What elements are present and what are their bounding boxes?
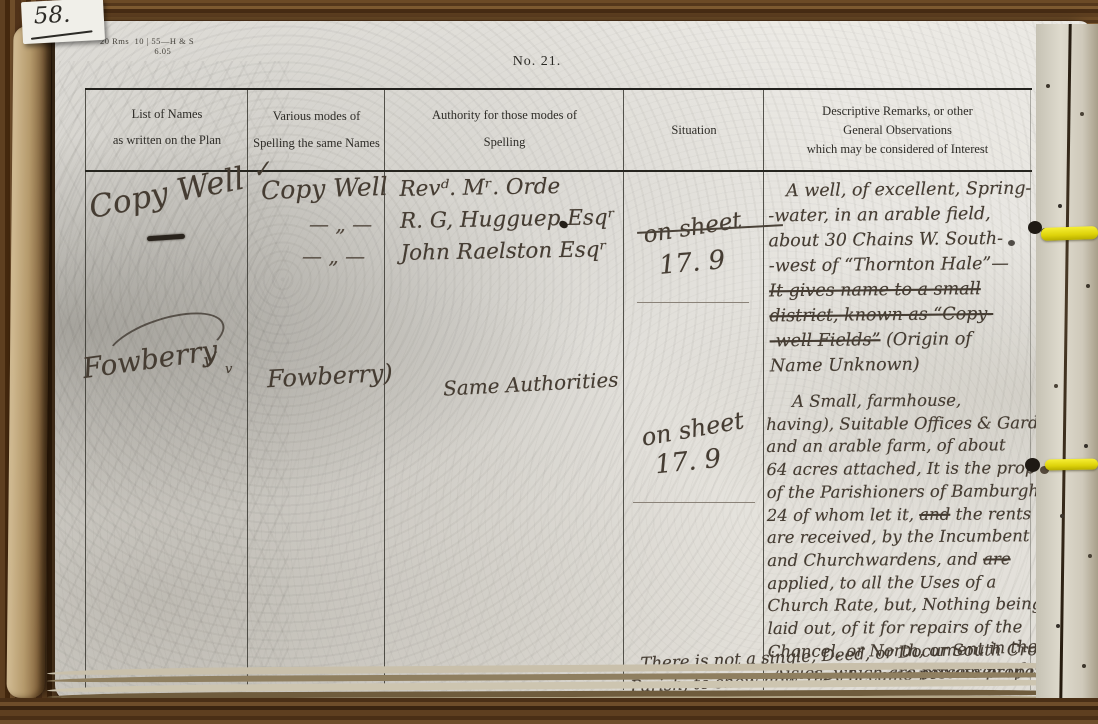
page-edge-crease <box>1059 24 1071 700</box>
ditto-mark: — „ — <box>309 212 372 236</box>
remarks-line-struck: It gives name to a small <box>769 277 1033 305</box>
spelling-copy-well: Copy Well <box>261 172 389 205</box>
remarks-line: 24 of whom let it, and the rents <box>767 502 1070 527</box>
remarks-line: applied, to all the Uses of a <box>767 571 1070 596</box>
remarks-line: and Churchwardens, and are <box>767 548 1070 573</box>
remarks-line: are received, by the Incumbent <box>767 525 1070 550</box>
binding-hole <box>1028 221 1042 234</box>
authority-entry: R. G, Hugguep Esqʳ <box>400 202 616 238</box>
binding-hole <box>1025 458 1040 472</box>
printer-imprint: 20 Rms 10 | 55—H & S 6.05 <box>100 36 194 56</box>
underline-swash <box>31 30 93 40</box>
ink-blot <box>1008 240 1015 246</box>
yellow-elastic-band <box>1041 226 1098 241</box>
name-book-table: List of Names as written on the Plan Var… <box>85 88 1032 690</box>
remarks-line: Name Unknown) <box>770 352 1034 380</box>
remarks-line: Church Rate, but, Nothing being <box>767 593 1070 618</box>
authority-entry: Same Authorities <box>442 367 619 400</box>
situation-sheet-number: 17. 9 <box>658 245 727 281</box>
remarks-line: -west of “Thornton Hale”— <box>769 252 1033 280</box>
stacked-page-edges <box>1036 24 1098 700</box>
page-number: No. 21. <box>487 54 587 70</box>
column-header-situation: Situation <box>625 90 763 203</box>
spelling-fowberry: Fowberry) <box>266 359 393 394</box>
folio-number: 58. <box>33 2 71 30</box>
remarks-line: A well, of excellent, Spring- <box>768 177 1032 205</box>
tally-mark: v <box>225 362 232 377</box>
tally-mark: √ <box>201 347 217 373</box>
remarks-line: of the Parishioners of Bamburgh <box>767 480 1070 505</box>
wood-table-bottom <box>0 698 1098 724</box>
remarks-line: and an arable farm, of about <box>766 434 1069 459</box>
remarks-line: about 30 Chains W. South- <box>768 227 1032 255</box>
ditto-mark: — „ — <box>302 244 365 268</box>
yellow-elastic-band <box>1045 459 1098 471</box>
book-binding-edge <box>6 26 51 698</box>
pencil-rule <box>637 302 749 303</box>
situation-sheet-number: 17. 9 <box>654 444 723 481</box>
remarks-copy-well: A well, of excellent, Spring- -water, in… <box>768 177 1033 380</box>
remarks-line: having), Suitable Offices & Garden <box>766 412 1069 437</box>
pencil-rule <box>633 502 755 503</box>
remarks-line: -water, in an arable field, <box>768 202 1032 230</box>
remarks-line-struck: -well Fields” (Origin of <box>770 327 1034 355</box>
remarks-line: 64 acres attached, It is the property <box>766 457 1069 482</box>
remarks-line: A Small, farmhouse, <box>766 389 1069 414</box>
authorities-list: Revᵈ. Mʳ. Orde R. G, Hugguep Esqʳ John R… <box>399 170 616 270</box>
document-photo: 20 Rms 10 | 55—H & S 6.05 No. 21. List o… <box>0 0 1098 724</box>
folio-corner-tag: 58. <box>21 0 105 44</box>
remarks-line-struck: district, known as “Copy- <box>769 302 1033 330</box>
ink-dash-mark <box>147 234 185 242</box>
authority-entry: John Raelston Esqʳ <box>400 234 616 270</box>
paper-specks <box>1046 84 1050 88</box>
ledger-page: 20 Rms 10 | 55—H & S 6.05 No. 21. List o… <box>55 21 1090 701</box>
authority-entry: Revᵈ. Mʳ. Orde <box>399 170 615 206</box>
column-header-remarks: Descriptive Remarks, or other General Ob… <box>765 90 1030 182</box>
situation-on-sheet: on sheet <box>639 406 746 452</box>
